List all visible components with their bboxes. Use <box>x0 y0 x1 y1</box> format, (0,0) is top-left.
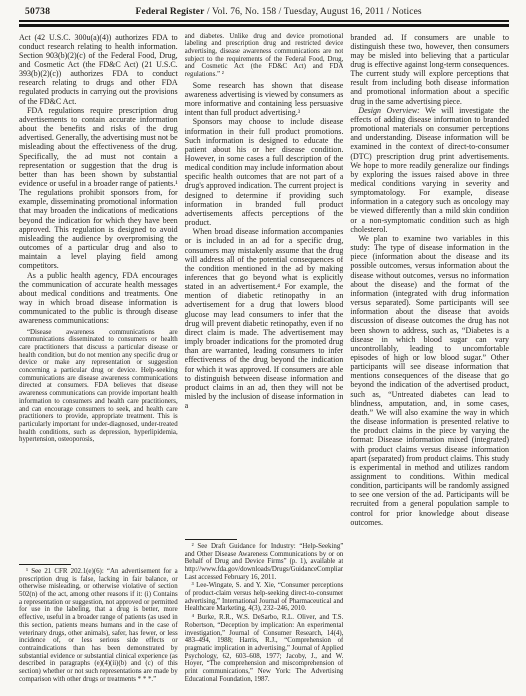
journal-title-line: Federal Register / Vol. 76, No. 158 / Tu… <box>50 7 507 17</box>
footnote-rule <box>185 539 237 540</box>
page-number: 50738 <box>25 7 50 17</box>
footnote-block: ² See Draft Guidance for Industry: “Help… <box>185 535 344 685</box>
block-quote-continued: and diabetes. Unlike drug and device pro… <box>185 33 344 79</box>
column-middle-body: Some research has shown that disease awa… <box>185 81 344 411</box>
column-right: branded ad. If consumers are unable to d… <box>350 33 509 685</box>
paragraph: branded ad. If consumers are unable to d… <box>350 33 509 106</box>
footnote-rule <box>19 564 71 565</box>
page-header: 50738 Federal Register / Vol. 76, No. 15… <box>19 7 509 20</box>
paragraph: As a public health agency, FDA encourage… <box>19 271 178 326</box>
paragraph: We plan to examine two variables in this… <box>350 234 509 527</box>
paragraph: Some research has shown that disease awa… <box>185 81 344 118</box>
paragraph: When broad disease information accompani… <box>185 227 344 410</box>
quote-text: “Disease awareness communications are co… <box>19 329 178 445</box>
paragraph: Sponsors may choose to include disease i… <box>185 117 344 227</box>
three-column-body: Act (42 U.S.C. 300u(a)(4)) authorizes FD… <box>19 33 509 685</box>
paragraph: Design Overview: We will investigate the… <box>350 106 509 234</box>
footnote-2: ² See Draft Guidance for Industry: “Help… <box>185 543 344 582</box>
quote-text: and diabetes. Unlike drug and device pro… <box>185 33 344 79</box>
paragraph-text: We will investigate the effects of addin… <box>350 106 509 234</box>
paragraph: Act (42 U.S.C. 300u(a)(4)) authorizes FD… <box>19 33 178 106</box>
footnote-1: ¹ See 21 CFR 202.1(e)(6): “An advertisem… <box>19 568 178 684</box>
footnote-3: ³ Lee-Wingate, S. and Y. Xie, “Consumer … <box>185 582 344 613</box>
column-left: Act (42 U.S.C. 300u(a)(4)) authorizes FD… <box>19 33 178 685</box>
footnote-4: ⁴ Burke, R.R., W.S. DeSarbo, R.L. Oliver… <box>185 614 344 683</box>
column-left-body: Act (42 U.S.C. 300u(a)(4)) authorizes FD… <box>19 33 178 326</box>
column-middle: and diabetes. Unlike drug and device pro… <box>185 33 344 685</box>
column-right-body: branded ad. If consumers are unable to d… <box>350 33 509 527</box>
footnote-block: ¹ See 21 CFR 202.1(e)(6): “An advertisem… <box>19 560 178 685</box>
header-rule-thin <box>19 20 509 22</box>
block-quote: “Disease awareness communications are co… <box>19 329 178 445</box>
journal-issue-info: / Vol. 76, No. 158 / Tuesday, August 16,… <box>204 7 421 17</box>
header-rule-thick <box>19 24 509 27</box>
design-overview-label: Design Overview: <box>358 106 419 115</box>
federal-register-page: 50738 Federal Register / Vol. 76, No. 15… <box>0 0 526 696</box>
journal-name: Federal Register <box>136 7 205 17</box>
paragraph: FDA regulations require prescription dru… <box>19 106 178 271</box>
